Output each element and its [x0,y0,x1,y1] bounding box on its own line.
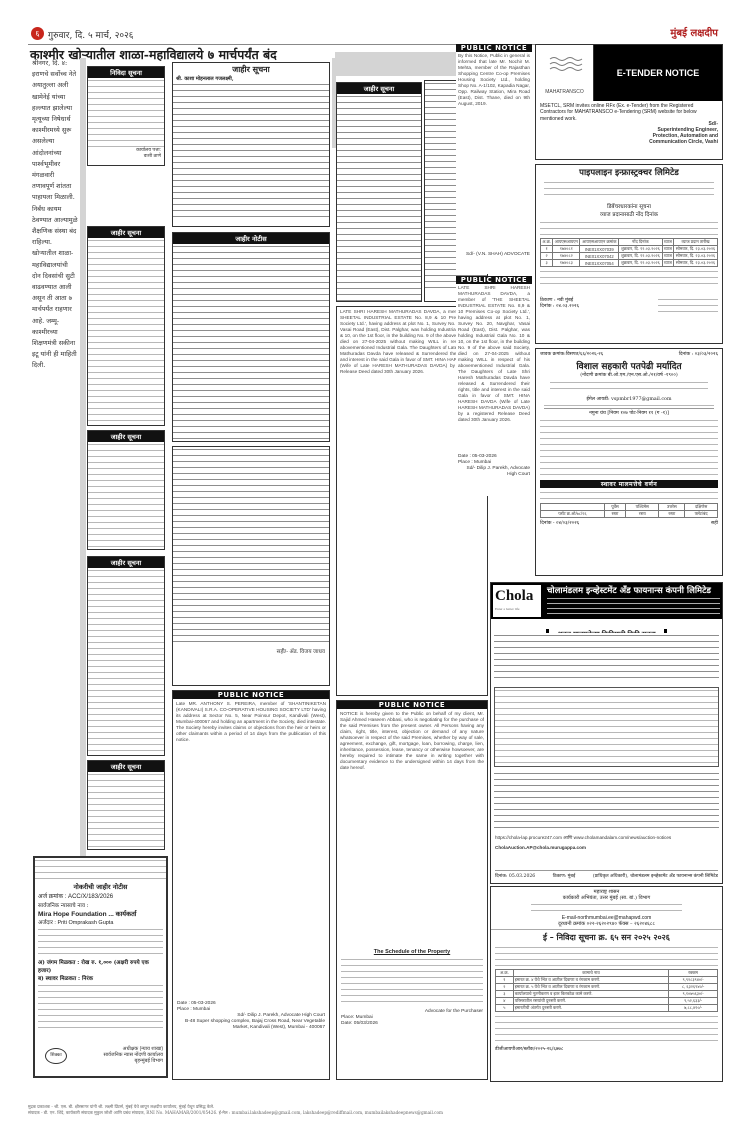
table-cell: १ [496,977,514,984]
notice-title: निविदा सूचना [88,67,164,78]
society-email: ईमेल आयडी: vspmbr1977@gmail.com [536,396,722,402]
notice-signature: Sd/- Superintending Engineer, Protection… [536,120,722,146]
table-header: रक्कम [669,970,718,977]
table-cell: सोमवार, दि. २३.०३.२०२६ [674,260,718,267]
tender-title: ई – निविदा सूचना क्र. ६५ सन २०२५ २०२६ [491,929,722,943]
form-reference: नमुना ग्रंथ [नियम १०७ पोट-नियम ११ (ग -१)… [536,410,722,416]
notice-footer: ठिकाण : नवी मुंबई दिनांक : ०४.०३.२०२६ [536,291,722,315]
table-header: व्याज प्रदान तारीख [674,239,718,246]
vishal-credit-society-notice: जावक क्रमांक:विसपत/६६/२०२६-२६ दिनांक : ०… [535,348,723,576]
tender-instructions [495,1014,718,1044]
table-cell: शुक्रवार, दि. १२.०३.२०२६ [619,253,662,260]
notice-body: LATE SHRI HARESH MATHURADAS DAVDA, a mem… [456,284,532,454]
trust-label: सार्वजनिक न्यासाचे नाव : [35,901,166,909]
table-row: १ इमारत क्र. ४ येथे भिंत व आतील दिवाणा व… [496,977,718,984]
lead-story-text: श्रीनगर, दि. ४: इराणचे सर्वोच्च नेते अया… [32,58,78,372]
footer-place-date: ठिकाण : नवी मुंबई दिनांक : ०४.०३.२०२६ [540,297,579,315]
table-cell: २ [496,984,514,991]
office-name: कार्यकारी अभियंता, उत्तर मुंबई (सा. बां.… [491,895,722,901]
company-name: पाइपलाइन इन्फ्रास्ट्रक्चर लिमिटेड [536,165,722,178]
table-cell: इमारतीची अंतर्गत दुरुस्ती करणे. [513,1005,668,1012]
public-notice-antony: PUBLIC NOTICE Late MR. ANTHONY S. PEREIR… [172,690,330,1080]
table-header [541,504,605,511]
interest-table: अ.क्र. आयएसआयएन आयएसआयएन क्रमांक नोंद दि… [540,238,718,267]
table-cell: परिसरातील रस्त्यांची दुरुस्ती करणे. [513,998,668,1005]
notice-title: जाहीर सूचना [88,557,164,568]
table-cell: कार्यालयाचे नूतनीकरण व इतर किरकोळ कामे क… [513,991,668,998]
immovable-property: ब) स्थावर मिळकत : निरंक [35,974,166,982]
notice-title: PUBLIC NOTICE [456,276,532,284]
company-name: चोलामंडलम इन्व्हेस्टमेंट अँड फायनान्स कं… [547,585,720,596]
notice-body [494,633,719,683]
table-cell: ३ [541,260,553,267]
table-cell: INE01XX07042 [580,253,619,260]
imprint-line: मुद्रक प्रकाशक - श्री. एस. बी. क्षीरसागर… [28,1104,722,1128]
public-notice-marathi-6: सही/- ॲड. विजय जाधव [172,446,330,686]
table-header: अ.क्र. [496,970,514,977]
notice-signature: Sd/- (V.N. SHAH) ADVOCATE [456,252,532,258]
table-row: प्लॉट क्र.ओ/७८/१६ रस्ता रस्ता रस्ता फ्लॅ… [541,511,718,518]
public-notice-marathi-7: जाहीर नोटीस [172,232,330,442]
notice-body [540,418,718,478]
record-date-table: अ.क्र. आयएसआयएन आयएसआयएन क्रमांक नोंद दि… [536,238,722,267]
notice-title: PUBLIC NOTICE [456,44,532,52]
table-cell: १७४०८१ [553,246,580,253]
notice-ref-row: जावक क्रमांक:विसपत/६६/२०२६-२६ दिनांक : ०… [536,349,722,359]
signatory-block [658,297,718,315]
notice-body [337,94,421,302]
notice-title: जाहीर सूचना [173,63,329,76]
public-notice-marathi-5: जाहीर सूचना [87,760,165,850]
notice-title: जाहीर सूचना [88,431,164,442]
lead-story: श्रीनगर, दि. ४: इराणचे सर्वोच्च नेते अया… [32,58,78,372]
notice-body [173,82,329,222]
e-tender-signature: Sd/- Superintending Engineer, Protection… [535,120,723,160]
table-header: नोंद दिनांक [619,239,662,246]
public-notice-davda: PUBLIC NOTICE LATE SHRI HARESH MATHURADA… [456,276,532,496]
table-cell: रस्ता [659,511,685,518]
table-cell: २ [541,253,553,260]
notice-date: दिनांक : ०३/०३/२०२६ [679,351,718,357]
auction-details [494,771,719,831]
table-cell: १७४०८२ [553,253,580,260]
sign-line: Communication Circle, Vashi [540,139,718,145]
movable-property: अ) जंगम मिळकत : रोख रु. १,००० (अक्षरी रु… [35,958,166,974]
notice-date: दिनांक - ०४/०३/२०२६ [540,520,579,526]
notice-date: दिनांक: 05.03.2026 [495,873,535,879]
notice-body: NOTICE is hereby given to the Public on … [337,709,487,949]
notice-signature: Date : 05-03-2026 Place : Mumbai Sd/- Di… [173,999,329,1033]
table-row: २ १७४०८२ INE01XX07042 शुक्रवार, दि. १२.०… [541,253,718,260]
notice-body: By this Notice, Public in general is inf… [456,52,532,252]
table-body [495,688,718,766]
notice-body [88,78,164,148]
chola-logo-text: Chola [495,588,533,604]
public-notice-marathi-center: जाहीर सूचना [336,82,422,302]
page-number-badge: ६ [31,27,44,40]
table-header: पश्चिमेस [626,504,659,511]
table-cell: ७,८८,४१०/- [669,1005,718,1012]
imprint-line-2: संपादक - डी. एन. शिंदे, कार्यकारी संपादक… [28,1110,722,1116]
table-cell: ४ [496,998,514,1005]
logo-text: MAHATRANSCO [536,89,593,95]
notice-ref-line [544,403,714,409]
notice-header-lines [35,858,166,882]
works-table: अ.क्र. कामाचे नाव रक्कम १ इमारत क्र. ४ य… [495,969,718,1012]
table-cell: रस्ता [626,511,659,518]
table-cell: इमारत क्र. ४ येथे भिंत व आतील दिवाणा व र… [513,977,668,984]
table-cell: ९,९२८३९४०/- [669,977,718,984]
table-cell: इमारत क्र. ५ येथे भिंत व आतील दिवाणा व र… [513,984,668,991]
notice-signature: कार्यालय पत्ता: वाशी ठाणे [88,148,164,160]
table-cell: १ [541,246,553,253]
applicant: अर्जदार : Priti Omprakash Gupta [35,918,166,926]
table-row: ४ परिसरातील रस्त्यांची दुरुस्ती करणे. ९,… [496,998,718,1005]
public-notice-marathi-3: जाहीर सूचना [87,430,165,550]
notice-date: दिनांक : ०४.०३.२०२६ [540,303,579,309]
society-address [550,380,708,394]
table-row: २ इमारत क्र. ५ येथे भिंत व आतील दिवाणा व… [496,984,718,991]
company-address [547,596,720,618]
notice-body [38,983,163,1029]
notice-title: जाहीर सूचना [337,83,421,94]
notice-body [88,772,164,850]
public-notice-marathi-1: जाहीर सूचना [87,226,165,426]
notice-date: Date: 05/03/2026 [341,1021,483,1027]
chola-logo: Chola Enter a better life [493,585,541,617]
boundaries-table-wrap: पूर्वेस पश्चिमेस उत्तरेस दक्षिणेस प्लॉट … [536,503,722,518]
org-name: महाराष्ट्र शासन [491,887,722,895]
mahatransco-logo: MAHATRANSCO [536,45,594,101]
notice-title: PUBLIC NOTICE [337,701,487,709]
dgipr-reference: डीजीआयपीआर/ब्लॉक/२०२५-२६/६७७८ [491,1046,722,1052]
table-cell: ८, ६३२६९४०/- [669,984,718,991]
public-notice-mehta: PUBLIC NOTICE By this Notice, Public in … [456,44,532,274]
property-description-title: स्थावर मालमत्तेचे वर्णन [540,480,718,488]
schedule-title: The Schedule of the Property [337,949,487,955]
masthead: ६ गुरुवार, दि. ५ मार्च, २०२६ मुंबई लक्षद… [28,25,718,45]
tender-notice-marathi: निविदा सूचना कार्यालय पत्ता: वाशी ठाणे [87,66,165,166]
table-cell: सोमवार, दि. २३.०३.२०२६ [674,253,718,260]
table-header: दक्षिणेस [685,504,718,511]
notice-body [88,568,164,756]
table-cell: INE01XX07054 [580,260,619,267]
sign-line: बृहन्मुंबई विभाग [103,1058,163,1064]
notice-title: E-TENDER NOTICE [594,45,722,101]
table-cell: ५ [496,1005,514,1012]
company-address [544,180,714,200]
chola-sale-notice: Chola Enter a better life चोलामंडलम इन्व… [490,582,723,884]
chola-tagline: Enter a better life [495,607,541,611]
table-cell: सोमवार, दि. २३.०३.२०२६ [674,246,718,253]
pwd-e-tender-notice: महाराष्ट्र शासन कार्यकारी अभियंता, उत्तर… [490,886,723,1082]
notice-signature: Advocate for the Purchaser Place: Mumbai… [337,1009,487,1027]
boundaries-table: पूर्वेस पश्चिमेस उत्तरेस दक्षिणेस प्लॉट … [540,503,718,518]
application-number: अर्ज क्रमांक : ACC/X/183/2026 [35,891,166,901]
table-header: आयएसआयएन क्रमांक [580,239,619,246]
notice-body [88,238,164,426]
dateline: गुरुवार, दि. ५ मार्च, २०२६ [48,28,133,41]
table-header: कामाचे नाव [513,970,668,977]
notice-subtitle: डिबेंचरधारकांना सूचना [536,202,722,210]
notice-signature: Date : 05-03-2026 Place : Mumbai Sd/- Di… [456,454,532,478]
newspaper-page: ६ गुरुवार, दि. ५ मार्च, २०२६ मुंबई लक्षद… [0,0,750,1148]
notice-body [88,442,164,550]
table-cell: शुक्रवार, दि. १२.०३.२०२६ [619,260,662,267]
works-table-wrap: अ.क्र. कामाचे नाव रक्कम १ इमारत क्र. ४ य… [491,969,722,1012]
signer-address: B-48 Super shopping complex, Bajaj Cross… [177,1019,325,1031]
section-name: मुंबई लक्षदीप [670,25,718,39]
table-header: अ.क्र. [541,239,553,246]
notice-footnote [540,269,718,289]
table-cell: ९,५२,६३३/- [669,998,718,1005]
public-notice-marathi-2: जाहीर सूचना श्री. काशा मोहनलाल गजलक्ष्मी… [172,62,330,227]
table-header: पूर्वेस [604,504,625,511]
property-description [540,490,718,502]
signature: सही [711,520,718,526]
table-cell: व्याज [662,246,673,253]
table-row: ३ १७४०८३ INE01XX07054 शुक्रवार, दि. १२.०… [541,260,718,267]
notice-body [540,220,718,236]
public-notice-marathi-4: जाहीर सूचना [87,556,165,756]
office-address [531,902,682,914]
notice-signature: सही/- ॲड. विजय जाधव [173,647,329,657]
notice-body [38,927,163,957]
court-signature: अधीक्षक (न्याय शाखा) सार्वजनिक न्यास नों… [103,1046,163,1064]
table-cell: १७४०८३ [553,260,580,267]
office-phone: दूरध्वनी क्रमांक ०२२-२६२०२९४० फॅक्स – २६… [491,921,722,927]
notice-place: ठिकाण: मुंबई [553,873,576,879]
notice-title: जाहीर सूचना [88,227,164,238]
notice-title: जाहीर सूचना [88,761,164,772]
notice-body: Late MR. ANTHONY S. PEREIRA, member of '… [173,699,329,999]
trust-name: Mira Hope Foundation ... कार्यकर्ता [35,909,166,918]
signer: Sd/- Dilip J. Parekh, Advocate High Cour… [458,466,530,478]
society-name: विशाल सहकारी पतपेढी मर्यादित [536,359,722,372]
table-cell: फ्लॅट/बंद [685,511,718,518]
table-cell: व्याज [662,260,673,267]
table-cell: प्लॉट क्र.ओ/७८/१६ [541,511,605,518]
table-cell: ९,१०७५६३०/- [669,991,718,998]
table-cell: व्याज [662,253,673,260]
property-schedule-table [494,687,719,767]
table-row: ५ इमारतीची अंतर्गत दुरुस्ती करणे. ७,८८,४… [496,1005,718,1012]
reference-number: जावक क्रमांक:विसपत/६६/२०२६-२६ [540,351,603,357]
auction-email: CholaAuction.AP@chola.murugappa.com [495,845,718,850]
notice-body [173,244,329,442]
public-notice-purchaser: PUBLIC NOTICE NOTICE is hereby given to … [336,700,488,1080]
table-header: उत्तरेस [659,504,685,511]
table-cell: रस्ता [604,511,625,518]
wave-logo-icon [536,45,594,85]
notice-subtitle-2: व्याज प्रदानासाठी नोंद दिनांक [536,210,722,218]
table-cell: ३ [496,991,514,998]
notice-title: जाहीर नोटीस [173,233,329,244]
notice-heading: नोकरीची जाहीर नोटीस [35,882,166,891]
table-cell: शुक्रवार, दि. १२.०३.२०२६ [619,246,662,253]
table-row: ३ कार्यालयाचे नूतनीकरण व इतर किरकोळ कामे… [496,991,718,998]
table-row: १ १७४०८१ INE01XX07039 शुक्रवार, दि. १२.०… [541,246,718,253]
notice-body [495,945,718,967]
notice-title: PUBLIC NOTICE [173,691,329,699]
chola-header: Chola Enter a better life चोलामंडलम इन्व… [491,583,722,619]
pipeline-infrastructure-notice: पाइपलाइन इन्फ्रास्ट्रक्चर लिमिटेड डिबेंच… [535,164,723,344]
table-header: आयएसआयएन [553,239,580,246]
signer: (प्राधिकृत अधिकारी), चोलामंडलम इन्व्हेस्… [593,873,718,879]
notice-body [173,447,329,647]
table-header: व्याज [662,239,673,246]
notice-footer: दिनांक - ०४/०३/२०२६ सही [536,518,722,528]
auction-url: https://chola-lap.procure247.com आणि www… [495,835,718,841]
schedule-body [341,957,483,1007]
charity-commissioner-notice: नोकरीची जाहीर नोटीस अर्ज क्रमांक : ACC/X… [33,856,168,1078]
sign-line: वाशी ठाणे [91,154,161,160]
table-cell: INE01XX07039 [580,246,619,253]
seal-stamp: शिक्का [45,1048,67,1064]
notice-footer: दिनांक: 05.03.2026 ठिकाण: मुंबई (प्राधिक… [495,870,718,879]
registration-number: (नोंदणी क्रमांक बी.ओ.एम./एन.एस.ओ./२१/वर्… [536,372,722,378]
